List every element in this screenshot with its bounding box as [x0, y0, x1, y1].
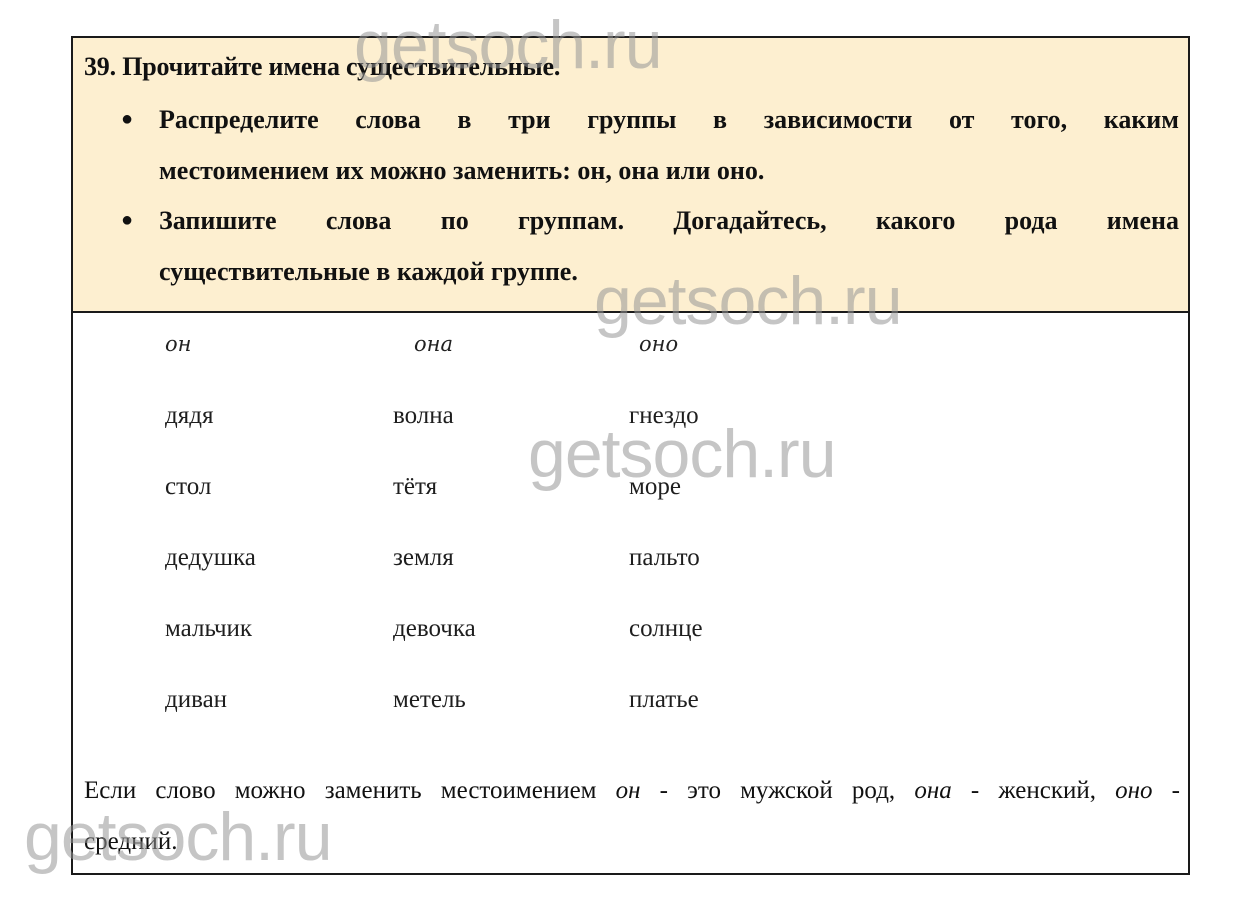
pronoun-he: он	[616, 777, 641, 804]
bullet-1-line-2: местоимением их можно заменить: он, она …	[159, 156, 764, 185]
bullet-icon: ●	[121, 195, 133, 245]
word-item: солнце	[629, 615, 703, 643]
column-header: она	[414, 332, 453, 356]
bullet-1-line-1: Распределите слова в три группы в зависи…	[159, 94, 1179, 145]
task-bullet-2: ● Запишите слова по группам. Догадайтесь…	[121, 195, 1179, 297]
word-item: дядя	[165, 402, 213, 430]
word-item: волна	[393, 402, 454, 430]
word-item: тётя	[393, 473, 437, 501]
column-header: оно	[639, 332, 678, 356]
task-title: 39. Прочитайте имена существительные.	[84, 52, 560, 82]
word-item: мальчик	[165, 615, 252, 643]
word-item: девочка	[393, 615, 476, 643]
task-bullet-1: ● Распределите слова в три группы в зави…	[121, 94, 1179, 196]
pronoun-she: она	[914, 777, 951, 804]
word-item: стол	[165, 473, 211, 501]
bullet-2-line-1: Запишите слова по группам. Догадайтесь, …	[159, 195, 1179, 246]
word-item: гнездо	[629, 402, 699, 430]
bullet-icon: ●	[121, 94, 133, 144]
word-item: земля	[393, 544, 454, 572]
word-item: пальто	[629, 544, 700, 572]
word-item: диван	[165, 686, 227, 714]
word-item: дедушка	[165, 544, 256, 572]
task-box: 39. Прочитайте имена существительные. ● …	[73, 38, 1188, 313]
note-line-2: средний.	[84, 828, 177, 855]
bullet-2-line-2: существительные в каждой группе.	[159, 257, 578, 286]
column-header: он	[165, 332, 191, 356]
word-item: море	[629, 473, 681, 501]
exercise-frame: 39. Прочитайте имена существительные. ● …	[71, 36, 1190, 875]
pronoun-it: оно	[1115, 777, 1152, 804]
word-item: платье	[629, 686, 699, 714]
word-item: метель	[393, 686, 466, 714]
answer-note: Если слово можно заменить местоимением о…	[84, 765, 1180, 867]
